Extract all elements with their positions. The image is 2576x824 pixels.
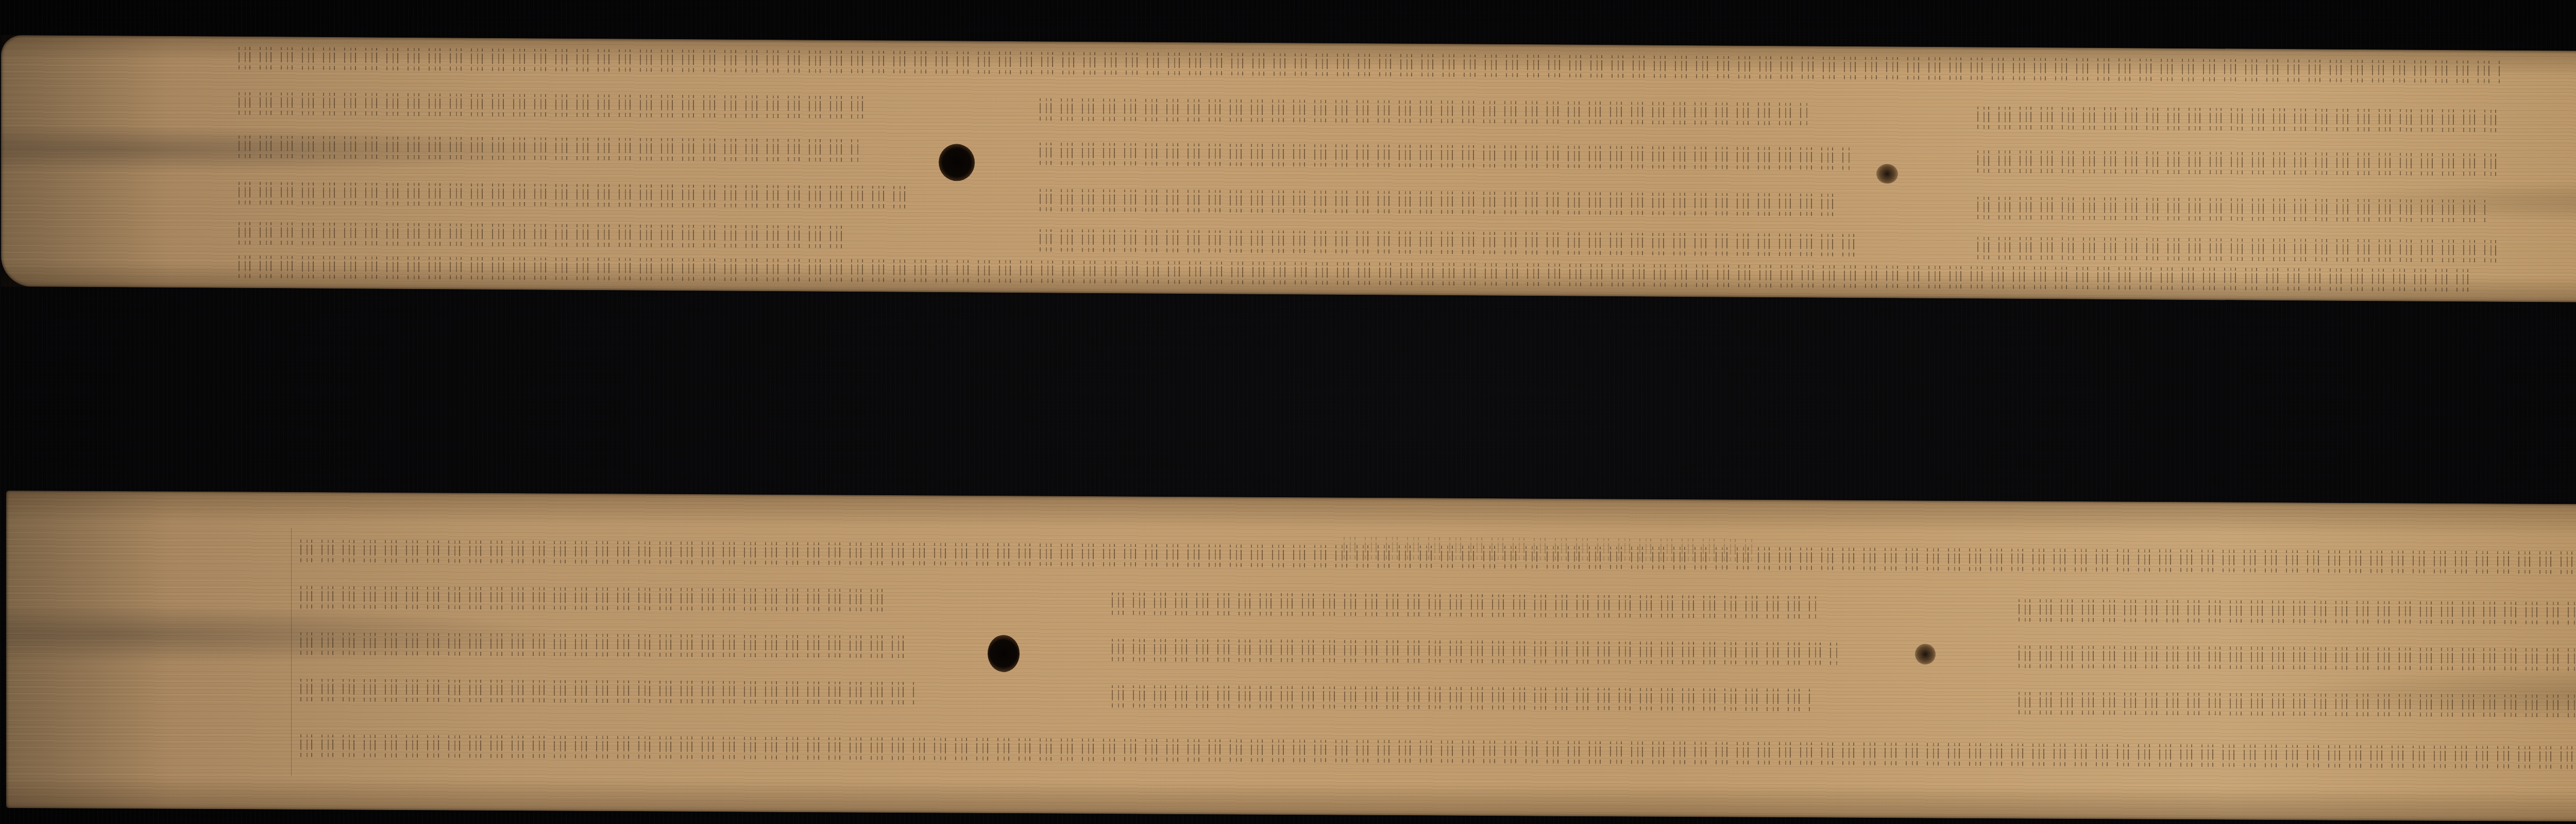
text-line-4b-col-3: [1974, 237, 2505, 262]
text-line-3-col-2: [1037, 142, 1851, 170]
binding-hole-small: [1876, 164, 1898, 183]
text-line-3-col-3: [2015, 645, 2576, 671]
text-line-3-col-2: [1109, 638, 1840, 665]
binding-hole-small: [1915, 644, 1936, 664]
text-line-4b-col-2: [1037, 229, 1856, 257]
text-line-4-col-3: [2015, 692, 2576, 717]
text-line-4-col-1: [297, 679, 916, 704]
text-line-4-col-2: [1037, 189, 1835, 216]
palm-leaf-top: Upper leaf: [1, 35, 2576, 304]
leaf-label: Upper leaf: [1, 35, 2, 36]
text-line-2-col-3: [2015, 599, 2576, 625]
text-line-5: [235, 256, 2477, 292]
binding-hole-large: [939, 144, 975, 181]
margin-rule: [291, 528, 292, 776]
palm-leaf-bottom: Lower leaf: [6, 491, 2576, 822]
text-line-1: [235, 47, 2502, 83]
text-line-3-col-1: [235, 136, 859, 162]
text-line-2-col-1: [297, 586, 890, 612]
leaf-label: Lower leaf: [6, 491, 7, 491]
text-line-5: [297, 734, 2576, 769]
text-line-4-col-2: [1109, 685, 1815, 711]
binding-hole-large: [988, 635, 1020, 672]
text-line-3-col-3: [1974, 150, 2500, 176]
text-line-4-col-3: [1974, 196, 2489, 222]
text-line-2-col-3: [1974, 106, 2505, 132]
text-line-4-col-1: [235, 182, 905, 209]
text-line-2-col-2: [1109, 592, 1820, 618]
text-line-4b-col-1: [235, 222, 843, 248]
text-line-2-col-2: [1037, 98, 1809, 125]
text-line-3-col-1: [297, 632, 905, 658]
text-line-2-col-1: [235, 92, 869, 119]
